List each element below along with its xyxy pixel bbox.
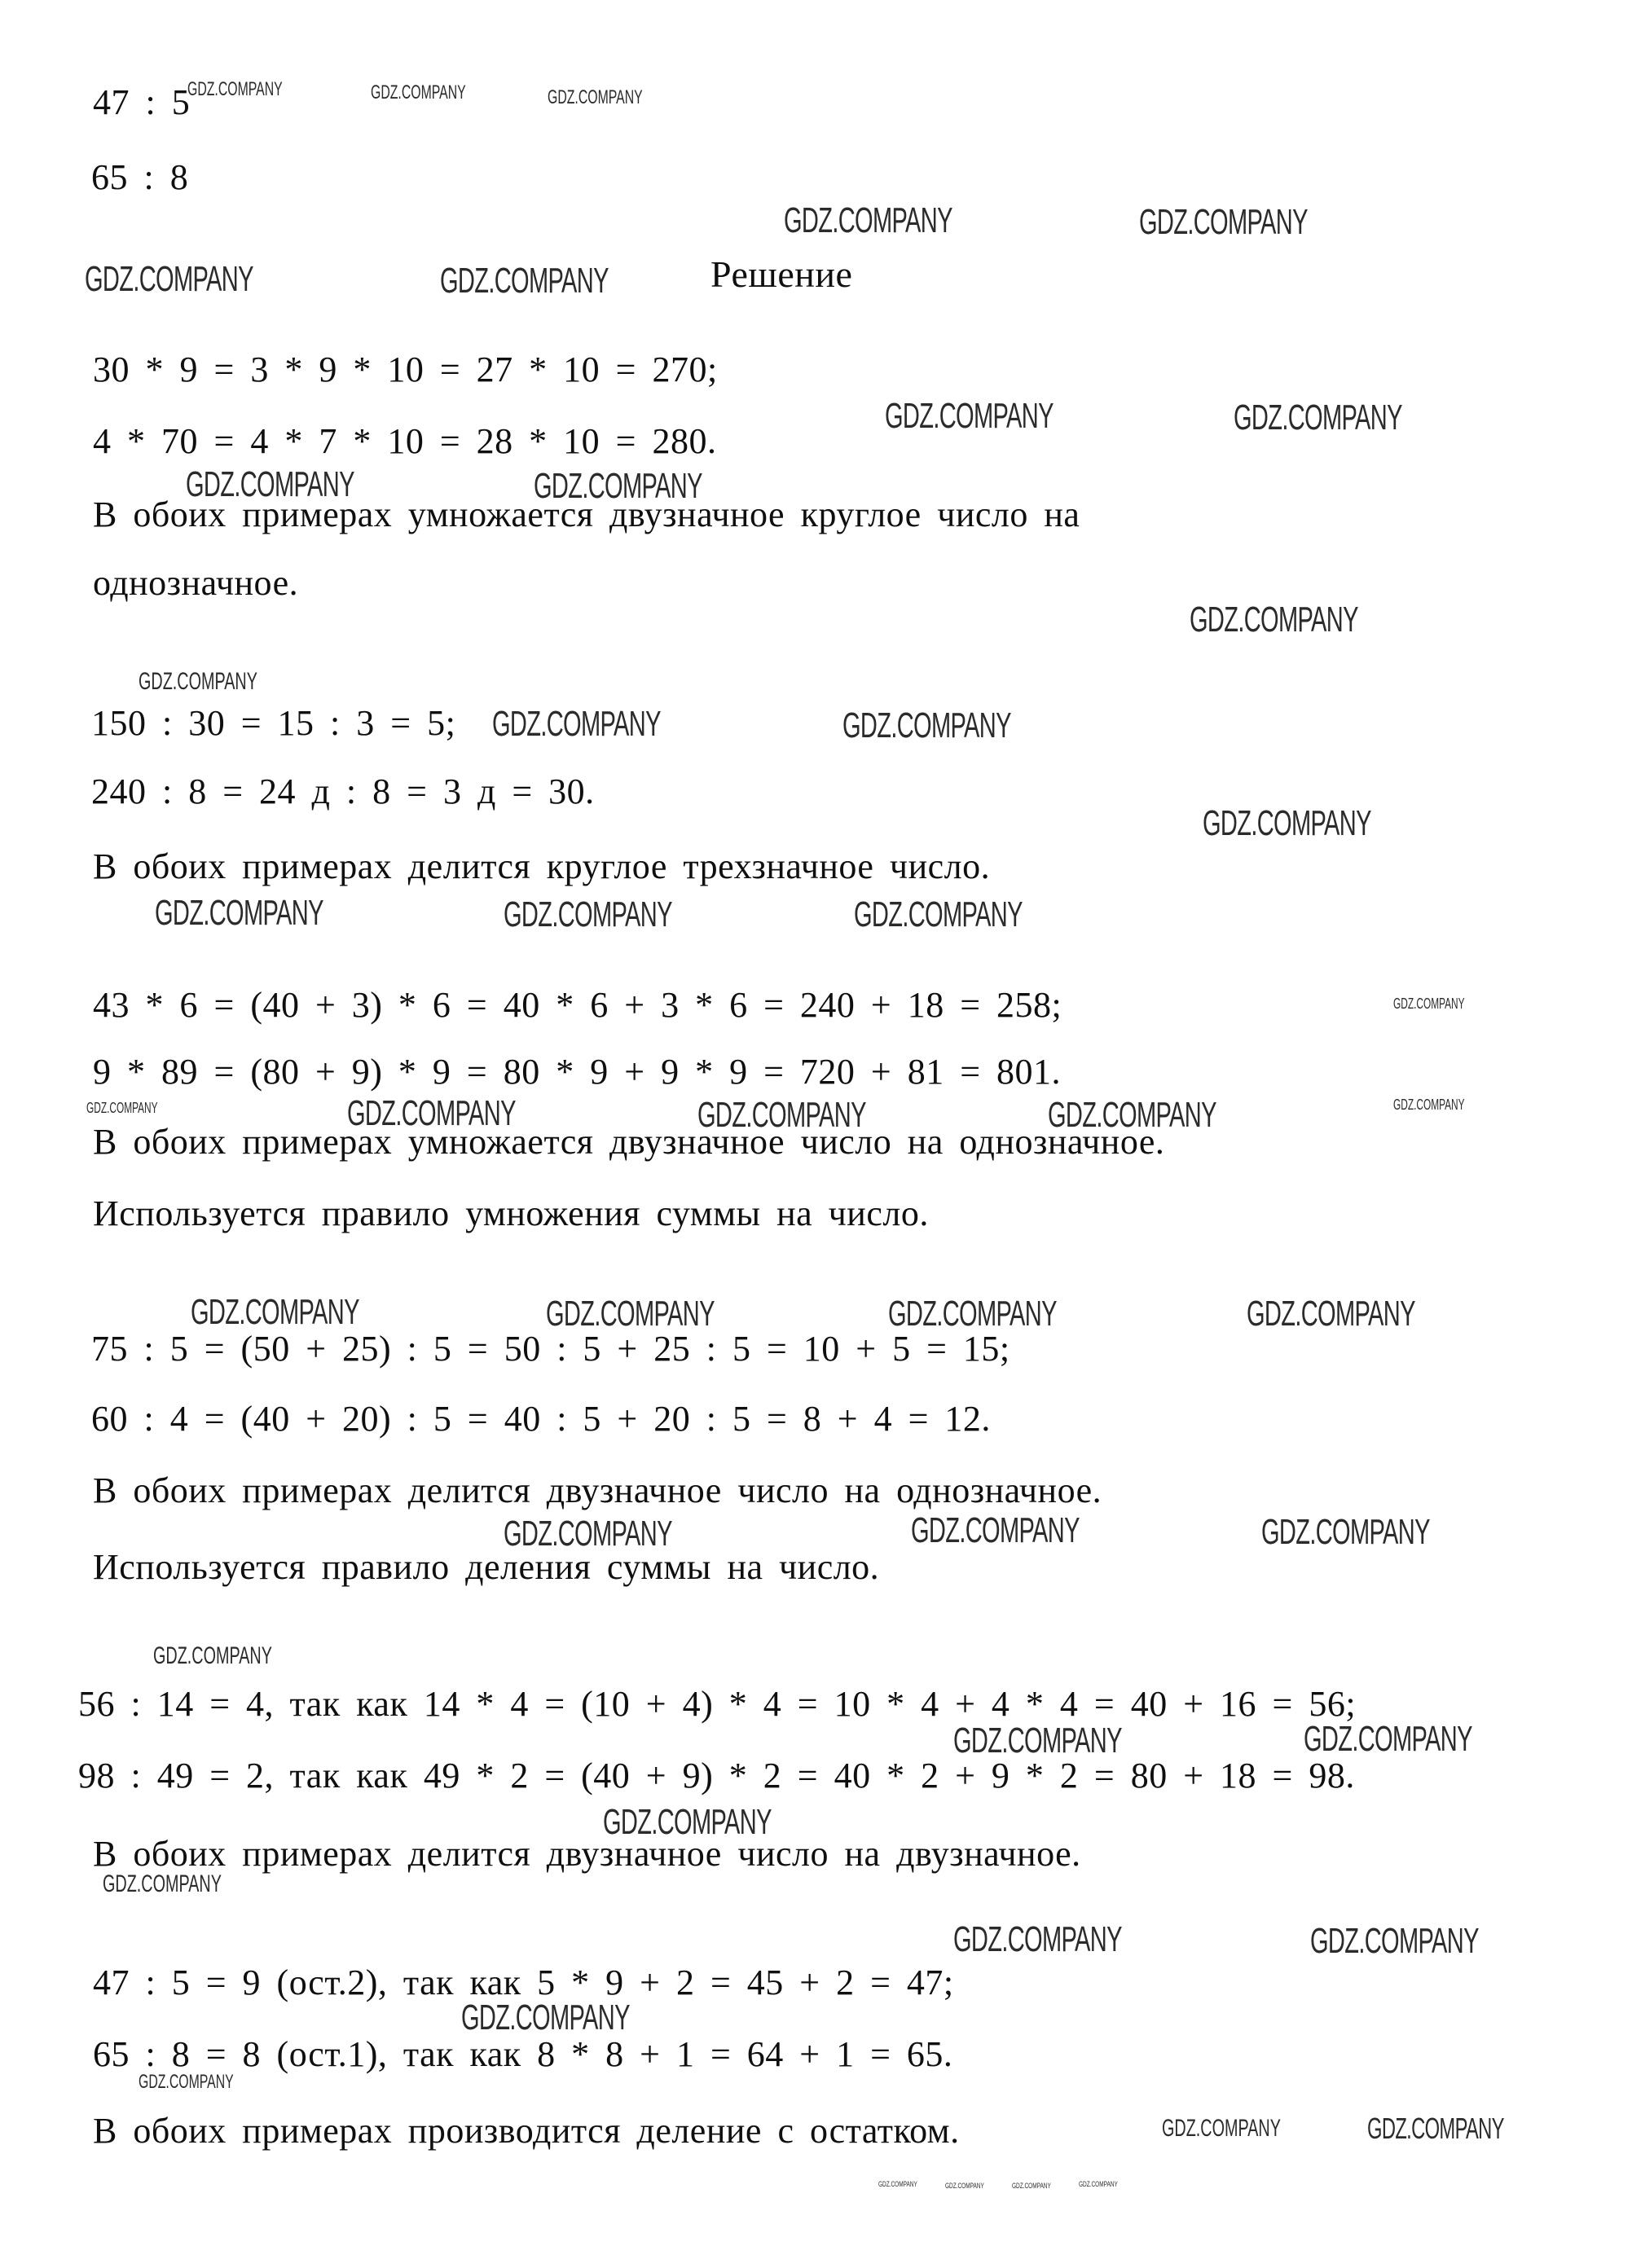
paragraph-line: Используется правило умножения суммы на …: [93, 1193, 929, 1234]
equation-line: 65 : 8 = 8 (ост.1), так как 8 * 8 + 1 = …: [93, 2033, 952, 2075]
watermark: GDZ.COMPANY: [1393, 1097, 1465, 1114]
watermark: GDZ.COMPANY: [492, 704, 661, 745]
watermark: GDZ.COMPANY: [1079, 2180, 1118, 2188]
watermark: GDZ.COMPANY: [1261, 1512, 1430, 1553]
watermark: GDZ.COMPANY: [1048, 1095, 1216, 1136]
watermark: GDZ.COMPANY: [546, 1294, 715, 1334]
watermark: GDZ.COMPANY: [187, 78, 283, 101]
watermark: GDZ.COMPANY: [888, 1294, 1057, 1334]
watermark: GDZ.COMPANY: [1234, 398, 1402, 438]
watermark: GDZ.COMPANY: [842, 705, 1011, 746]
equation-line: 30 * 9 = 3 * 9 * 10 = 27 * 10 = 270;: [93, 349, 718, 390]
watermark: GDZ.COMPANY: [461, 1998, 630, 2038]
paragraph-line: Используется правило деления суммы на чи…: [93, 1546, 879, 1588]
watermark: GDZ.COMPANY: [1367, 2112, 1504, 2146]
problem-line: 47 : 5: [93, 81, 190, 123]
watermark: GDZ.COMPANY: [85, 259, 253, 300]
watermark: GDZ.COMPANY: [371, 81, 466, 104]
watermark: GDZ.COMPANY: [911, 1510, 1080, 1551]
watermark: GDZ.COMPANY: [1190, 600, 1358, 640]
equation-line: 150 : 30 = 15 : 3 = 5;: [91, 702, 455, 744]
watermark: GDZ.COMPANY: [504, 894, 672, 935]
equation-line: 43 * 6 = (40 + 3) * 6 = 40 * 6 + 3 * 6 =…: [93, 984, 1062, 1026]
watermark: GDZ.COMPANY: [854, 894, 1023, 935]
watermark: GDZ.COMPANY: [186, 464, 354, 505]
watermark: GDZ.COMPANY: [347, 1093, 516, 1134]
watermark: GDZ.COMPANY: [440, 261, 609, 301]
paragraph-line: В обоих примерах делится круглое трехзна…: [93, 846, 990, 887]
equation-line: 4 * 70 = 4 * 7 * 10 = 28 * 10 = 280.: [93, 420, 716, 462]
equation-line: 56 : 14 = 4, так как 14 * 4 = (10 + 4) *…: [78, 1683, 1356, 1725]
solution-heading: Решение: [710, 253, 852, 296]
watermark: GDZ.COMPANY: [155, 893, 323, 934]
watermark: GDZ.COMPANY: [1162, 2115, 1281, 2143]
watermark: GDZ.COMPANY: [103, 1870, 222, 1898]
watermark: GDZ.COMPANY: [784, 200, 952, 241]
watermark: GDZ.COMPANY: [885, 396, 1054, 437]
watermark: GDZ.COMPANY: [878, 2180, 917, 2188]
paragraph-line: В обоих примерах производится деление с …: [93, 2110, 960, 2152]
watermark: GDZ.COMPANY: [1139, 202, 1308, 243]
watermark: GDZ.COMPANY: [603, 1802, 772, 1843]
watermark: GDZ.COMPANY: [1310, 1921, 1479, 1962]
watermark: GDZ.COMPANY: [153, 1642, 272, 1670]
equation-line: 60 : 4 = (40 + 20) : 5 = 40 : 5 + 20 : 5…: [91, 1398, 991, 1439]
watermark: GDZ.COMPANY: [953, 1721, 1122, 1761]
watermark: GDZ.COMPANY: [697, 1095, 866, 1136]
paragraph-line: однозначное.: [93, 562, 298, 604]
watermark: GDZ.COMPANY: [1203, 803, 1371, 844]
watermark: GDZ.COMPANY: [1012, 2182, 1051, 2190]
watermark: GDZ.COMPANY: [548, 86, 643, 109]
paragraph-line: В обоих примерах делится двузначное числ…: [93, 1833, 1081, 1875]
document-page: 47 : 565 : 8Решение30 * 9 = 3 * 9 * 10 =…: [0, 0, 1632, 2268]
watermark: GDZ.COMPANY: [504, 1514, 672, 1554]
watermark: GDZ.COMPANY: [191, 1292, 359, 1333]
watermark: GDZ.COMPANY: [86, 1100, 158, 1117]
watermark: GDZ.COMPANY: [534, 466, 702, 507]
watermark: GDZ.COMPANY: [139, 668, 257, 696]
paragraph-line: В обоих примерах делится двузначное числ…: [93, 1470, 1102, 1511]
equation-line: 9 * 89 = (80 + 9) * 9 = 80 * 9 + 9 * 9 =…: [93, 1051, 1061, 1092]
equation-line: 240 : 8 = 24 д : 8 = 3 д = 30.: [91, 771, 595, 812]
watermark: GDZ.COMPANY: [139, 2071, 234, 2094]
watermark: GDZ.COMPANY: [1247, 1294, 1415, 1334]
paragraph-line: В обоих примерах умножается двузначное ч…: [93, 1121, 1164, 1163]
watermark: GDZ.COMPANY: [945, 2182, 984, 2190]
problem-line: 65 : 8: [91, 156, 188, 198]
equation-line: 98 : 49 = 2, так как 49 * 2 = (40 + 9) *…: [78, 1755, 1355, 1796]
watermark: GDZ.COMPANY: [1304, 1719, 1472, 1760]
watermark: GDZ.COMPANY: [953, 1919, 1122, 1960]
watermark: GDZ.COMPANY: [1393, 996, 1465, 1013]
